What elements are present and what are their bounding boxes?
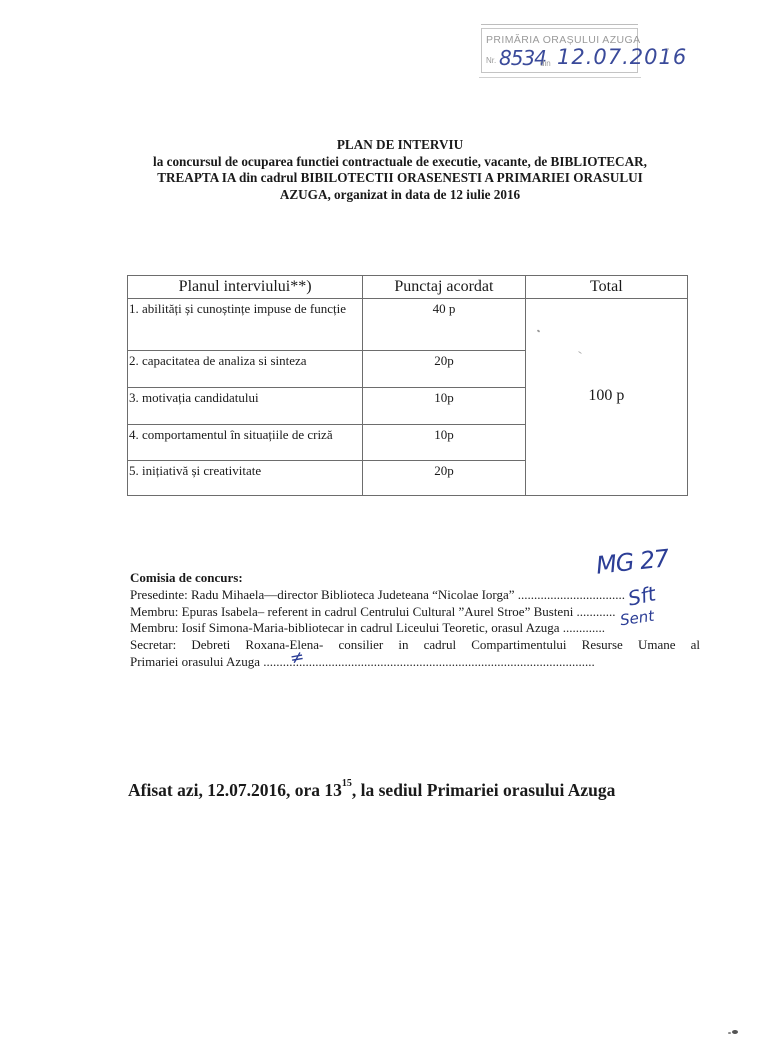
commission-member: Membru: Iosif Simona-Maria-bibliotecar i… [130, 620, 700, 637]
posting-notice-date: Afisat azi, 12.07.2016, ora 13 [128, 780, 342, 800]
commission-member: Membru: Epuras Isabela– referent in cadr… [130, 604, 700, 621]
stamp-border [481, 72, 638, 73]
points-cell: 20p [363, 461, 525, 496]
stamp-number-label: Nr. [486, 56, 496, 65]
document-header: PLAN DE INTERVIU la concursul de ocupare… [120, 137, 680, 203]
table-row: 1. abilități și cunoștințe impuse de fun… [128, 299, 688, 351]
criterion-cell: 3. motivația candidatului [128, 388, 363, 425]
document-subtitle-line: AZUGA, organizat in data de 12 iulie 201… [120, 187, 680, 204]
document-subtitle-line: TREAPTA IA din cadrul BIBILOTECTII ORASE… [120, 170, 680, 187]
scan-speck [667, 48, 669, 50]
column-header-total: Total [525, 276, 687, 299]
points-cell: 20p [363, 351, 525, 388]
points-cell: 40 p [363, 299, 525, 351]
commission-section: Comisia de concurs: Presedinte: Radu Mih… [130, 570, 700, 671]
column-header-points: Punctaj acordat [363, 276, 525, 299]
points-cell: 10p [363, 388, 525, 425]
criterion-cell: 5. inițiativă și creativitate [128, 461, 363, 496]
commission-secretary-continued: Primariei orasului Azuga ...............… [130, 654, 700, 671]
posting-notice: Afisat azi, 12.07.2016, ora 1315, la sed… [128, 780, 615, 801]
stamp-number: 8534 [499, 46, 546, 70]
criterion-cell: 1. abilități și cunoștințe impuse de fun… [128, 299, 363, 351]
table-header-row: Planul interviului**) Punctaj acordat To… [128, 276, 688, 299]
stamp-border [481, 28, 482, 72]
document-subtitle-line: la concursul de ocuparea functiei contra… [120, 154, 680, 171]
scan-speck [728, 1032, 731, 1034]
criterion-cell: 2. capacitatea de analiza si sinteza [128, 351, 363, 388]
interview-plan-table: Planul interviului**) Punctaj acordat To… [127, 275, 688, 496]
document-title: PLAN DE INTERVIU [120, 137, 680, 154]
points-cell: 10p [363, 425, 525, 461]
scan-speck [732, 1030, 738, 1034]
commission-secretary: Secretar: Debreti Roxana-Elena- consilie… [130, 637, 700, 654]
column-header-plan: Planul interviului**) [128, 276, 363, 299]
criterion-cell: 4. comportamentul în situațiile de criză [128, 425, 363, 461]
stamp-border [481, 24, 638, 25]
registration-stamp: PRIMĂRIA ORAȘULUI AZUGA Nr. 8534 din 12.… [481, 24, 638, 80]
total-cell: 100 p [525, 299, 687, 496]
stamp-border [479, 77, 641, 78]
posting-notice-location: , la sediul Primariei orasului Azuga [352, 780, 615, 800]
posting-notice-minutes: 15 [342, 778, 352, 789]
stamp-date-label: din [540, 59, 551, 68]
commission-member-president: Presedinte: Radu Mihaela—director Biblio… [130, 587, 700, 604]
stamp-border [481, 28, 638, 29]
